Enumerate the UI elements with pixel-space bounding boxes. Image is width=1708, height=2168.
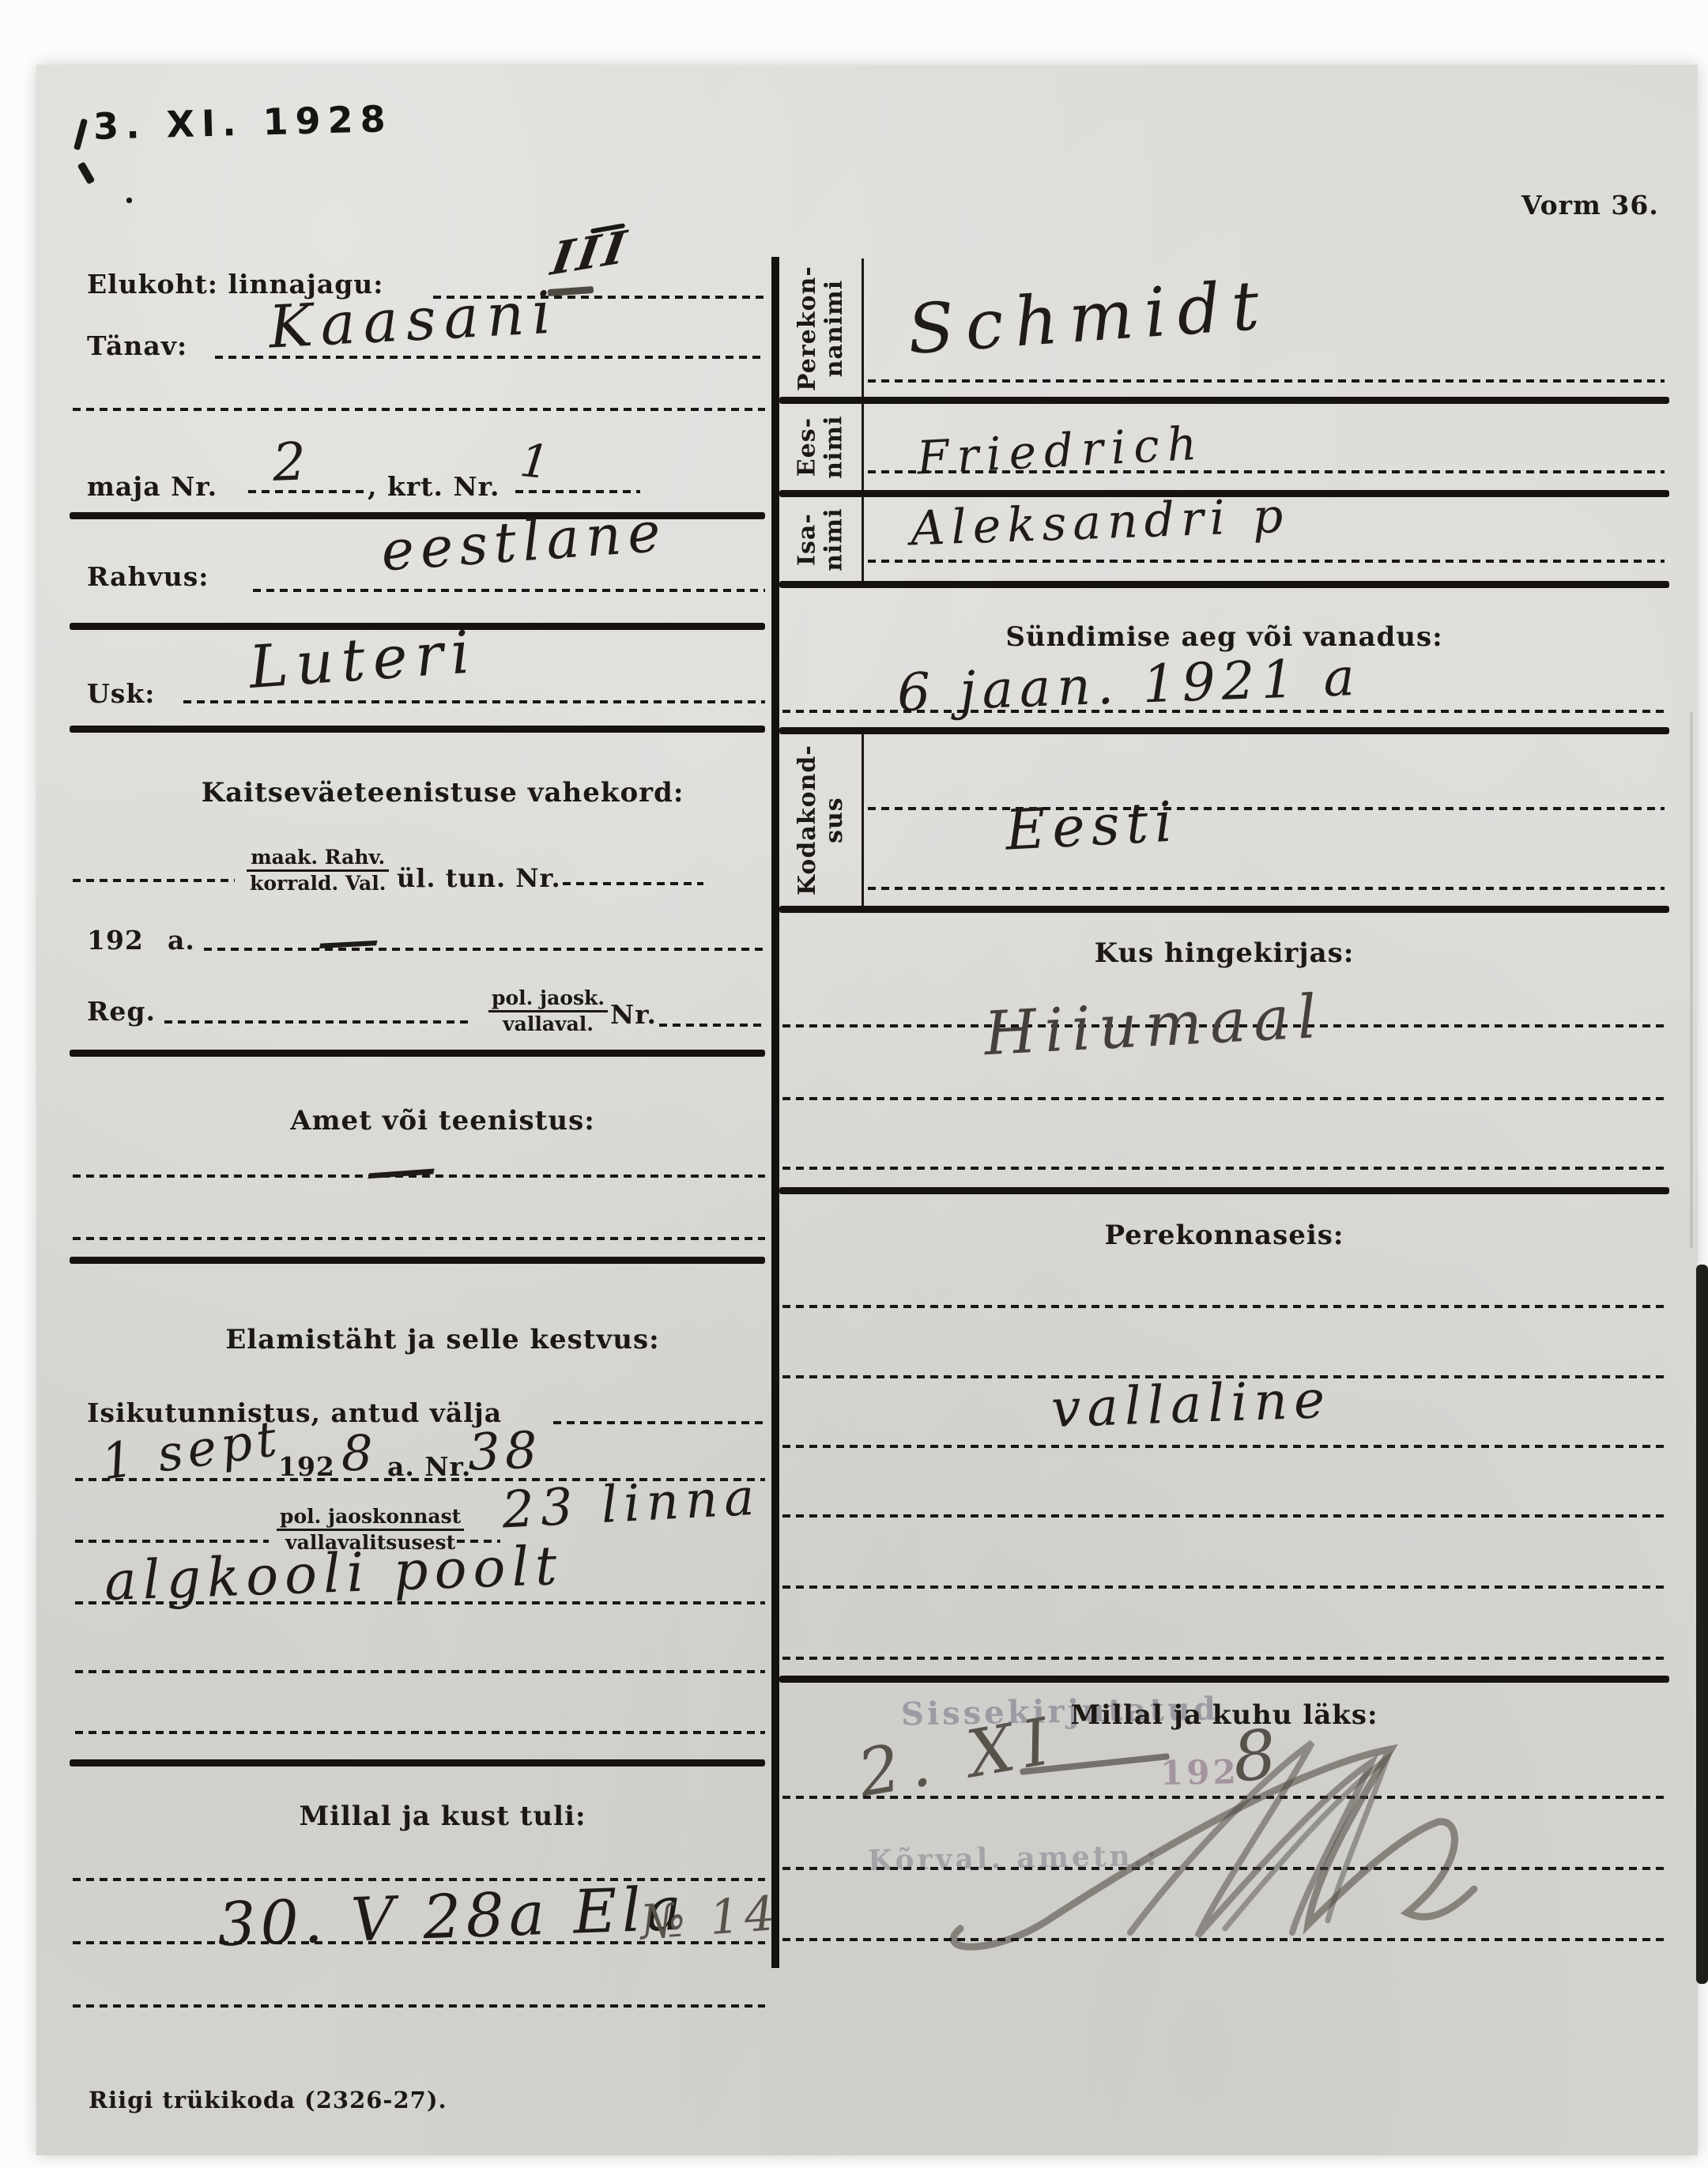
dotted-line (782, 1167, 1665, 1170)
dotted-line (782, 1305, 1665, 1308)
label-separator (862, 734, 864, 907)
rule-heavy (779, 1187, 1669, 1194)
dotted-line (75, 1540, 269, 1543)
dotted-line (73, 1941, 765, 1944)
field-label-maja-nr: maja Nr. (87, 471, 217, 502)
section-heading-amet: Amet või teenistus: (95, 1105, 790, 1137)
field-value-nr38: 38 (467, 1421, 543, 1482)
fraction-top: maak. Rahv. (247, 846, 389, 872)
signature-scrawl (885, 1727, 1502, 1956)
dotted-line (782, 1585, 1665, 1589)
label-separator (862, 258, 864, 399)
dotted-line (782, 1097, 1665, 1100)
label-line: nimi (820, 416, 847, 479)
dotted-line (868, 560, 1665, 563)
field-value-citizenship: Eesti (1004, 789, 1180, 862)
dotted-line (868, 887, 1665, 890)
dotted-line (75, 1670, 765, 1673)
dotted-line (868, 807, 1665, 810)
field-label-tanav: Tänav: (87, 330, 187, 361)
label-line: Ees- (793, 417, 820, 477)
label-line: Perekon- (793, 266, 820, 392)
dotted-line (253, 589, 765, 592)
fraction-bottom: vallaval. (488, 1012, 608, 1036)
scan-crease (1690, 711, 1693, 1249)
rule-heavy (779, 581, 1669, 588)
rule-heavy (779, 727, 1669, 734)
field-value-amet-dash: — (363, 1141, 447, 1200)
label-line: nanimi (820, 280, 847, 378)
dotted-line (782, 1938, 1665, 1941)
dotted-line (563, 882, 703, 885)
vertical-label-eesnimi: Ees- nimi (781, 403, 860, 492)
field-label-year-prefix: 192 (87, 925, 144, 956)
vertical-label-kodakondsus: Kodakond- sus (781, 734, 860, 907)
dotted-line (75, 1601, 765, 1604)
date-stamp: 3. XI. 1928 (92, 97, 393, 148)
dotted-line (868, 470, 1665, 473)
section-heading-millal-laks: Millal ja kuhu läks: (779, 1699, 1669, 1731)
dotted-line (204, 948, 765, 951)
dotted-line (75, 1731, 765, 1734)
dotted-line (782, 1514, 1665, 1518)
dotted-line (515, 490, 640, 493)
stamp-ink-mark (126, 198, 132, 203)
dotted-line (868, 379, 1665, 383)
field-label-krt-nr: , krt. Nr. (368, 471, 500, 502)
rule-heavy (779, 397, 1669, 404)
rule-heavy (70, 726, 765, 733)
rule-heavy (70, 1257, 765, 1264)
field-value-year8: 8 (341, 1424, 377, 1482)
field-value-krt-nr: 1 (518, 433, 557, 490)
scan-edge-shadow (1696, 1265, 1708, 1984)
dotted-line (782, 1657, 1665, 1660)
field-value-year-dash: — (315, 914, 388, 968)
dotted-line (73, 879, 235, 882)
field-label-rahvus: Rahvus: (87, 561, 209, 592)
section-heading-elamistaht: Elamistäht ja selle kestvus: (95, 1324, 790, 1355)
dotted-line (183, 700, 765, 703)
label-line: nimi (820, 508, 847, 571)
dotted-line (73, 408, 765, 411)
label-line: Isa- (793, 514, 820, 567)
fraction-maak-rahv: maak. Rahv. korrald. Val. (247, 846, 389, 895)
dotted-line (553, 1421, 765, 1424)
rule-heavy (779, 906, 1669, 913)
label-separator (862, 496, 864, 583)
section-heading-kaitsevagi: Kaitseväeteenistuse vahekord: (95, 777, 790, 809)
field-label-reg-nr: Nr. (610, 999, 657, 1030)
vertical-label-isanimi: Isa- nimi (781, 496, 860, 583)
field-label-reg: Reg. (87, 996, 156, 1027)
dotted-line (73, 2004, 765, 2008)
fraction-top: pol. jaoskonnast (277, 1505, 464, 1531)
rule-heavy (70, 1759, 765, 1766)
field-value-maja-nr: 2 (272, 431, 312, 493)
label-separator (862, 403, 864, 492)
fraction-pol-jaosk: pol. jaosk. vallaval. (488, 986, 608, 1036)
section-heading-hingekirjas: Kus hingekirjas: (779, 937, 1669, 969)
label-line: sus (820, 797, 847, 844)
section-heading-sundimine: Sündimise aeg või vanadus: (779, 621, 1669, 653)
form-number: Vorm 36. (1521, 190, 1659, 221)
field-value-marital: vallaline (1050, 1369, 1332, 1439)
dotted-line (659, 1024, 765, 1027)
dotted-line (782, 1445, 1665, 1448)
dotted-line (248, 490, 368, 493)
dotted-line (215, 356, 765, 359)
section-heading-millal-tuli: Millal ja kust tuli: (95, 1800, 790, 1832)
rule-heavy (70, 1050, 765, 1057)
dotted-line (73, 1237, 765, 1240)
label-line: Kodakond- (793, 745, 820, 896)
fraction-top: pol. jaosk. (488, 986, 608, 1012)
field-label-year-a: a. (168, 925, 195, 956)
dotted-line (164, 1020, 471, 1024)
printer-imprint: Riigi trükikoda (2326-27). (89, 2087, 447, 2113)
vertical-label-perekonnanimi: Perekon- nanimi (781, 258, 860, 399)
fraction-bottom: korrald. Val. (247, 872, 389, 895)
scanned-registration-form: 3. XI. 1928 Vorm 36. Elukoht: linnajagu:… (0, 0, 1708, 2168)
field-label-isikutunnistus: Isikutunnistus, antud välja (87, 1397, 502, 1428)
section-heading-perekonnaseis: Perekonnaseis: (779, 1220, 1669, 1251)
divider-vertical (771, 257, 779, 1968)
field-label-usk: Usk: (87, 678, 155, 709)
field-label-ul-tun-nr: ül. tun. Nr. (397, 863, 561, 893)
dotted-line (782, 710, 1665, 713)
rule-heavy (779, 1676, 1669, 1683)
